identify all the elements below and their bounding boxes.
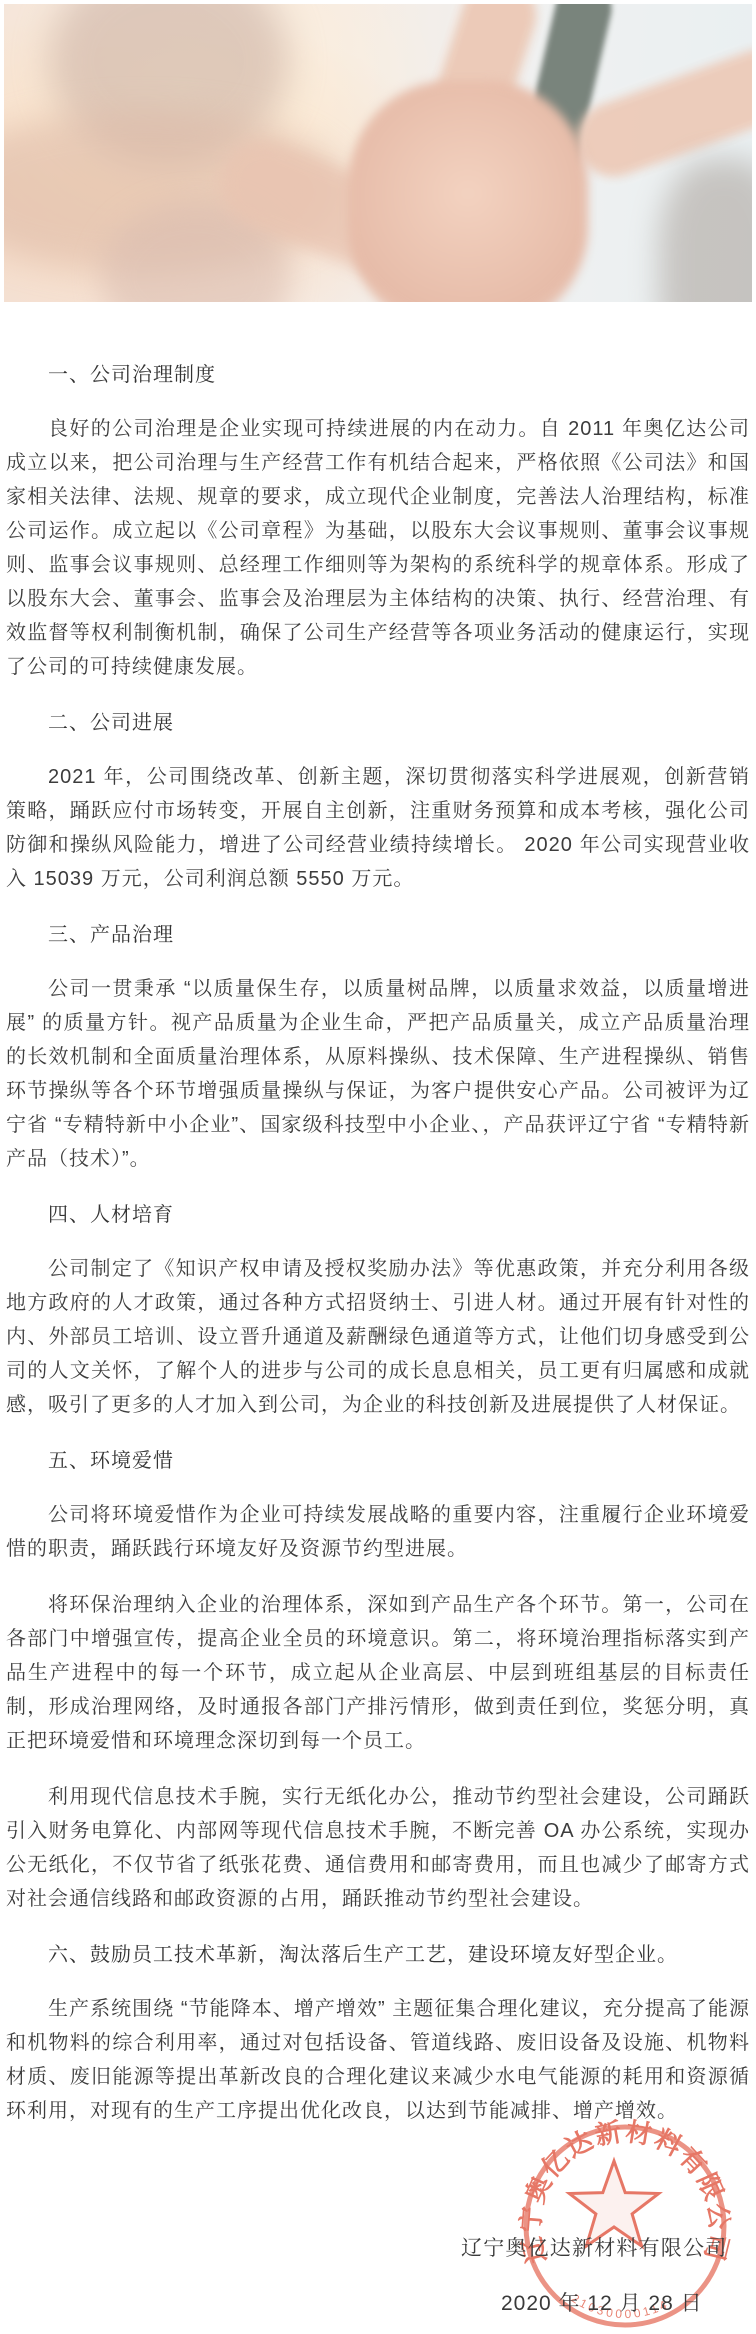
section-heading-3: 三、产品治理 [6, 918, 750, 952]
document-page: 一、公司治理制度 良好的公司治理是企业实现可持续进展的内在动力。自 2011 年… [0, 0, 756, 2334]
paragraph: 2021 年，公司围绕改革、创新主题，深切贯彻落实科学进展观，创新营销策略，踊跃… [6, 760, 750, 896]
signature-date: 2020 年 12 月 28 日 [501, 2287, 703, 2317]
paragraph: 将环保治理纳入企业的治理体系，深如到产品生产各个环节。第一，公司在各部门中增强宣… [6, 1588, 750, 1758]
section-heading-5: 五、环境爱惜 [6, 1444, 750, 1478]
paragraph: 公司一贯秉承 “以质量保生存，以质量树品牌，以质量求效益，以质量增进展” 的质量… [6, 972, 750, 1176]
team-hands-photo [4, 4, 752, 302]
signature-company-name: 辽宁奥亿达新材料有限公司 [461, 2232, 727, 2262]
photo-texture [348, 81, 588, 302]
section-heading-6: 六、鼓励员工技术革新，淘汰落后生产工艺，建设环境友好型企业。 [6, 1938, 750, 1972]
document-body: 一、公司治理制度 良好的公司治理是企业实现可持续进展的内在动力。自 2011 年… [6, 302, 750, 2150]
section-heading-1: 一、公司治理制度 [6, 358, 750, 392]
section-heading-4: 四、人材培育 [6, 1198, 750, 1232]
paragraph: 利用现代信息技术手腕，实行无纸化办公，推动节约型社会建设，公司踊跃引入财务电算化… [6, 1780, 750, 1916]
section-heading-2: 二、公司进展 [6, 706, 750, 740]
paragraph: 生产系统围绕 “节能降本、增产增效” 主题征集合理化建议，充分提高了能源和机物料… [6, 1992, 750, 2128]
paragraph: 公司制定了《知识产权申请及授权奖励办法》等优惠政策，并充分利用各级地方政府的人才… [6, 1252, 750, 1422]
paragraph: 良好的公司治理是企业实现可持续进展的内在动力。自 2011 年奥亿达公司成立以来… [6, 412, 750, 684]
paragraph: 公司将环境爱惜作为企业可持续发展战略的重要内容，注重履行企业环境爱惜的职责，踊跃… [6, 1498, 750, 1566]
photo-texture [659, 159, 752, 302]
